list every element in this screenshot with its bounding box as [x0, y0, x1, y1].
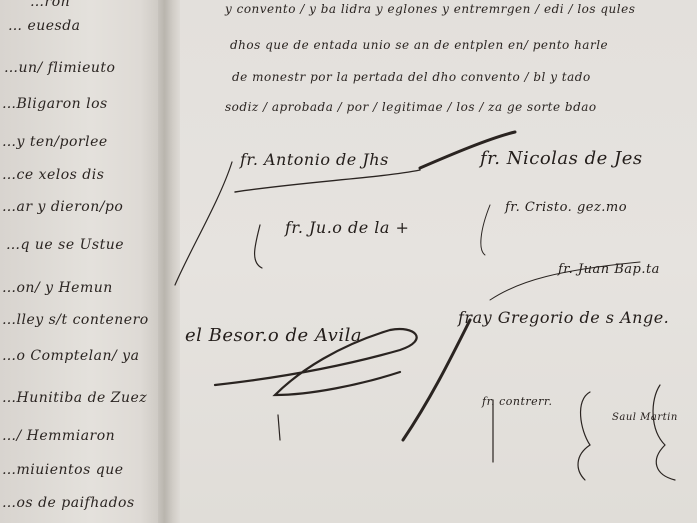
ink-flourishes: [0, 0, 697, 523]
manuscript-photo: …ron … euesda …un/ flimieuto …Bligaron l…: [0, 0, 697, 523]
